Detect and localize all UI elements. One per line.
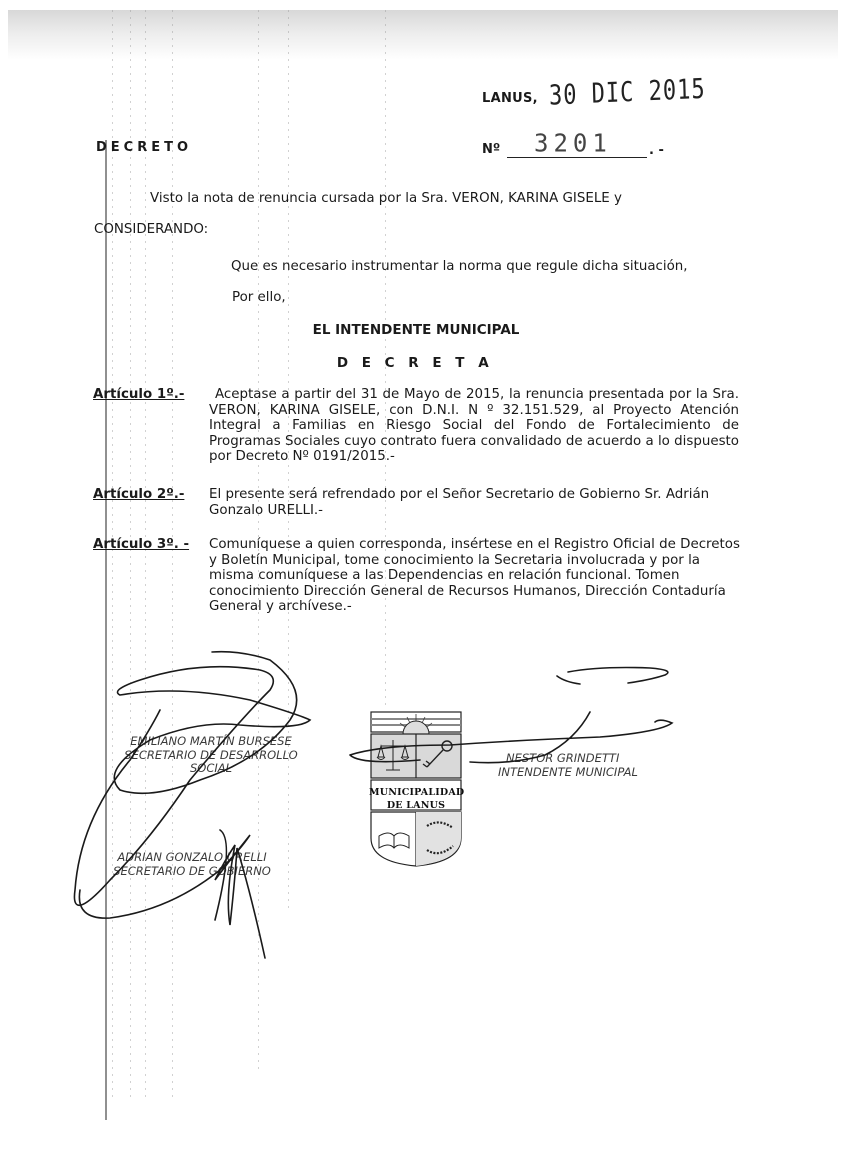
article-1-text: Aceptase a partir del 31 de Mayo de 2015… bbox=[209, 387, 739, 465]
considerando-heading: CONSIDERANDO: bbox=[94, 222, 208, 239]
book-icon bbox=[379, 833, 409, 848]
signer-role: SECRETARIO DE DESARROLLO bbox=[116, 749, 306, 763]
article-3-text: Comuníquese a quien corresponda, insérte… bbox=[209, 537, 749, 615]
number-label: Nº bbox=[482, 142, 500, 157]
seal-line-2: DE LANUS bbox=[369, 800, 463, 811]
visto-paragraph: Visto la nota de renuncia cursada por la… bbox=[150, 191, 622, 208]
scan-artifact bbox=[172, 10, 173, 1100]
city-label: LANUS, bbox=[482, 91, 538, 106]
article-3-label: Artículo 3º. - bbox=[93, 537, 189, 552]
scan-artifact bbox=[112, 10, 113, 1100]
decreta-heading: D E C R E T A bbox=[0, 355, 850, 371]
authority-title-text: EL INTENDENTE MUNICIPAL bbox=[313, 322, 520, 338]
article-2-label: Artículo 2º.- bbox=[93, 487, 184, 502]
sun-icon bbox=[371, 712, 461, 734]
signer-name: NESTOR GRINDETTI bbox=[498, 752, 658, 766]
scan-top-shadow bbox=[8, 10, 838, 60]
article-2-text: El presente será refrendado por el Señor… bbox=[209, 487, 739, 518]
signature-bursese: EMILIANO MARTÍN BURSESE SECRETARIO DE DE… bbox=[116, 735, 306, 776]
signer-name: EMILIANO MARTÍN BURSESE bbox=[116, 735, 306, 749]
scan-artifact bbox=[130, 10, 131, 1100]
seal-line-1: MUNICIPALIDAD bbox=[369, 787, 463, 798]
signer-name: ADRIAN GONZALO URELLI bbox=[112, 851, 272, 865]
number-suffix: . - bbox=[649, 143, 664, 158]
signer-role-cont: SOCIAL bbox=[116, 762, 306, 776]
considerando-paragraph: Que es necesario instrumentar la norma q… bbox=[231, 259, 688, 276]
decree-number-stamp: 3201 bbox=[534, 128, 612, 157]
signer-role: SECRETARIO DE GOBIERNO bbox=[112, 865, 272, 879]
authority-title: EL INTENDENTE MUNICIPAL bbox=[0, 322, 850, 338]
date-stamp: 30 DIC 2015 bbox=[549, 74, 706, 112]
article-1-label: Artículo 1º.- bbox=[93, 387, 184, 402]
document-type-heading: DECRETO bbox=[96, 140, 192, 155]
signature-grindetti: NESTOR GRINDETTI INTENDENTE MUNICIPAL bbox=[498, 752, 658, 779]
margin-rule bbox=[105, 140, 107, 1120]
signer-role: INTENDENTE MUNICIPAL bbox=[498, 766, 658, 780]
scan-artifact bbox=[145, 10, 146, 1100]
signature-urelli: ADRIAN GONZALO URELLI SECRETARIO DE GOBI… bbox=[112, 851, 272, 878]
decreta-text: D E C R E T A bbox=[337, 355, 493, 371]
por-ello-line: Por ello, bbox=[232, 290, 286, 307]
